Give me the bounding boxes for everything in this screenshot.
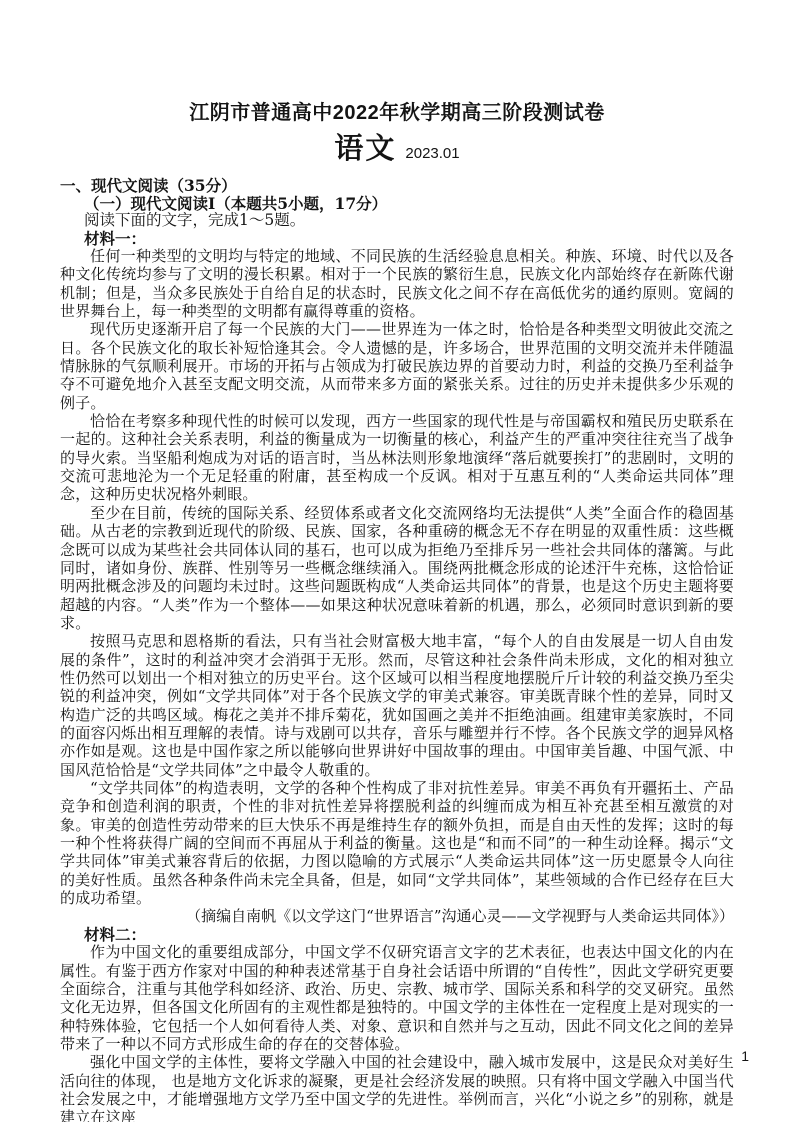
exam-page: 江阴市普通高中2022年秋学期高三阶段测试卷 语文2023.01 一、现代文阅读…	[0, 0, 793, 1122]
material1-paragraph: 至少在目前，传统的国际关系、经贸体系或者文化交流网络均无法提供“人类”全面合作的…	[60, 504, 734, 632]
material1-paragraph: 恰恰在考察多种现代性的时候可以发现，西方一些国家的现代性是与帝国霸权和殖民历史联…	[60, 412, 734, 504]
material1-paragraph: 现代历史逐渐开启了每一个民族的大门——世界连为一体之时，恰恰是各种类型文明彼此交…	[60, 320, 734, 412]
subject-row: 语文2023.01	[60, 131, 734, 171]
material1-paragraph: 任何一种类型的文明均与特定的地域、不同民族的生活经验息息相关。种族、环境、时代以…	[60, 247, 734, 320]
section-heading: 一、现代文阅读（35分）	[60, 177, 734, 195]
material2-paragraph: 强化中国文学的主体性，要将文学融入中国的社会建设中，融入城市发展中，这是民众对美…	[60, 1053, 734, 1122]
reading-instruction: 阅读下面的文字，完成1～5题。	[60, 212, 734, 230]
exam-date: 2023.01	[405, 145, 459, 162]
material1-citation: （摘编自南帆《以文学这门“世界语言”沟通心灵——文学视野与人类命运共同体》）	[60, 907, 734, 925]
material2-paragraph: 作为中国文化的重要组成部分，中国文学不仅研究语言文字的艺术表征，也表达中国文化的…	[60, 943, 734, 1053]
subsection-heading: （一）现代文阅读Ⅰ（本题共5小题，17分）	[60, 195, 734, 213]
exam-title: 江阴市普通高中2022年秋学期高三阶段测试卷	[60, 100, 734, 126]
material1-label: 材料一：	[60, 230, 734, 248]
page-number: 1	[741, 1048, 749, 1064]
subject-title: 语文	[334, 131, 396, 165]
material1-paragraph: “文学共同体”的构造表明，文学的各种个性构成了非对抗性差异。审美不再负有开疆拓土…	[60, 779, 734, 907]
material2-label: 材料二：	[60, 926, 734, 944]
material1-paragraph: 按照马克思和恩格斯的看法，只有当社会财富极大地丰富，“每个人的自由发展是一切人自…	[60, 632, 734, 779]
